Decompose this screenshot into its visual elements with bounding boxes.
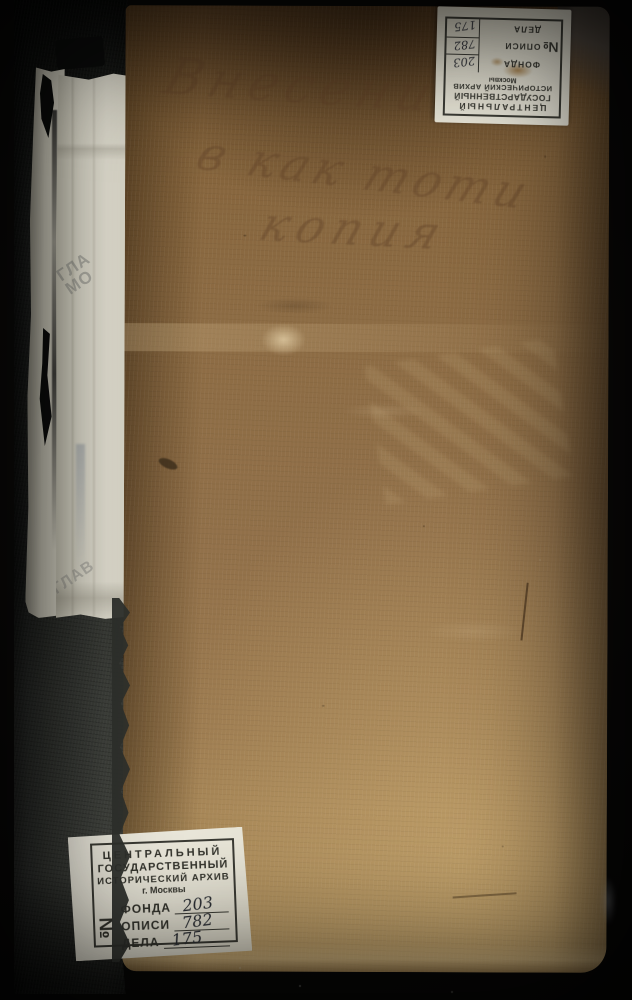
label-row-line: 175 [163, 928, 230, 949]
spine-dark-patch [55, 36, 105, 70]
stamp-row-value-cell: 203 [446, 54, 479, 73]
delo-number-handwritten: 175 [453, 18, 476, 34]
archive-book-cover-photo: ГЛА МО ГЛАВ Внесении в как тоти копия ЦЕ… [0, 0, 632, 1000]
handwritten-line-3: копия [253, 198, 456, 261]
stamp-rows: № ФОНДА 203 ОПИСИ 782 ДЕЛА 175 [446, 19, 561, 75]
stamp-row-fond: ФОНДА 203 [446, 54, 560, 75]
stamp-row-value-cell: 782 [446, 36, 479, 55]
watermark-fragment: ГЛА МО [54, 251, 102, 298]
opis-number-handwritten: 782 [453, 36, 476, 52]
paper-stain-streak [76, 444, 85, 576]
label-row-label: ФОНДА [120, 902, 171, 917]
number-sign: № [543, 40, 559, 56]
archive-stamp-top: ЦЕНТРАЛЬНЫЙ ГОСУДАРСТВЕННЫЙ ИСТОРИЧЕСКИЙ… [435, 6, 572, 125]
stamp-border-box: ЦЕНТРАЛЬНЫЙ ГОСУДАРСТВЕННЫЙ ИСТОРИЧЕСКИЙ… [443, 16, 564, 118]
stamp-row-delo: ДЕЛА 175 [447, 19, 561, 40]
stamp-row-value-cell: 175 [447, 19, 480, 38]
watermark-fragment: ГЛАВ [50, 558, 97, 597]
delo-number-handwritten: 175 [170, 927, 203, 950]
label-ghost-patch [365, 338, 574, 505]
archive-label-bottom: ЦЕНТРАЛЬНЫЙ ГОСУДАРСТВЕННЫЙ ИСТОРИЧЕСКИЙ… [68, 827, 253, 962]
fond-number-handwritten: 203 [452, 54, 475, 70]
stamp-row-label: ФОНДА [479, 59, 560, 71]
stamp-row-label: ДЕЛА [480, 23, 561, 35]
corner-fuzz [600, 876, 616, 926]
